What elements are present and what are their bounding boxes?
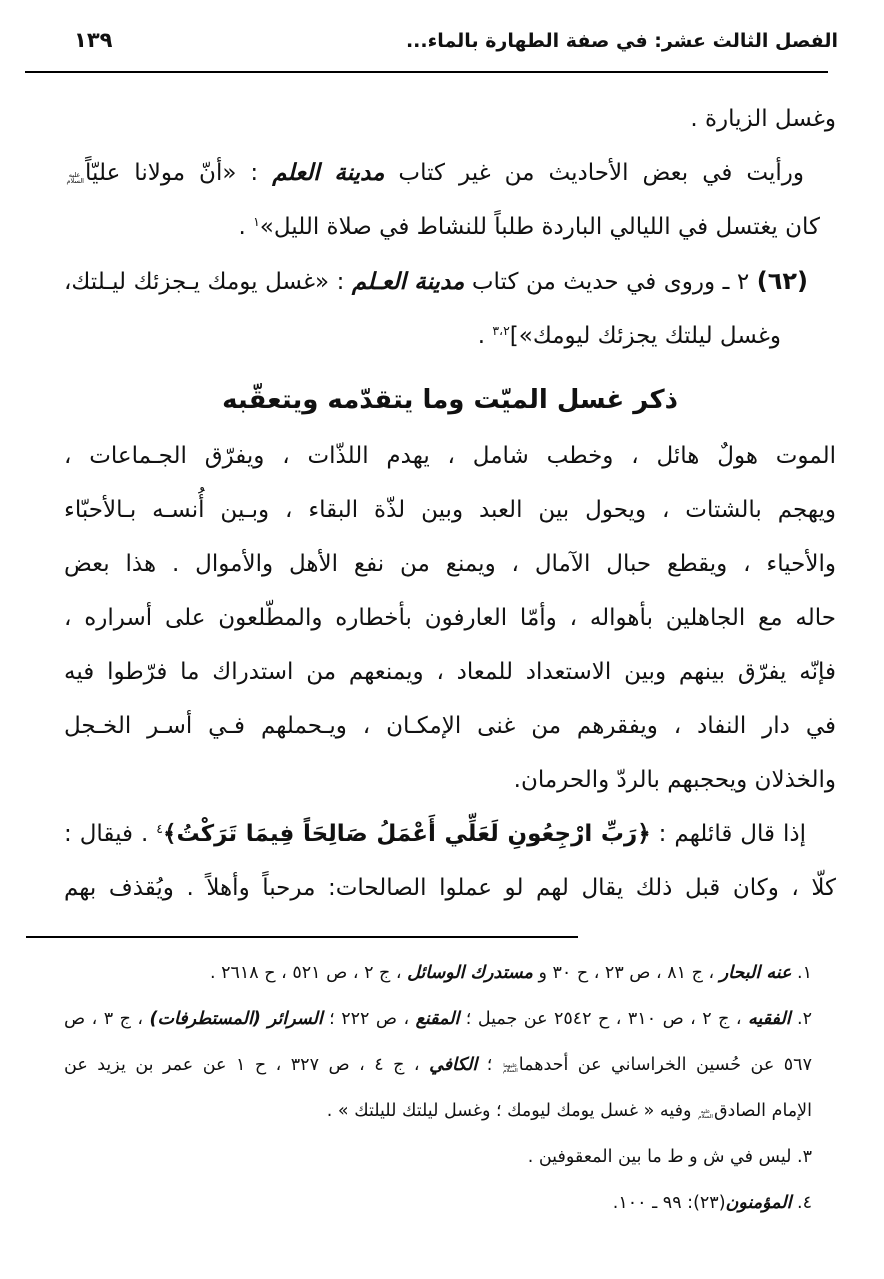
book-title: مستدرك الوسائل [407,963,533,983]
text-segment: ٣. ليس في ش و ط ما بين المعقوفين . [528,1147,812,1167]
page-body: وغسل الزيارة .ورأيت في بعض الأحاديث من غ… [64,92,836,915]
body-line: وغسل ليلتك يجزئك ليومك»]٣،٢ . [64,309,836,363]
footnote-line: ٣. ليس في ش و ط ما بين المعقوفين . [64,1134,812,1180]
text-segment: كلّا ، وكان قبل ذلك يقال لهم لو عملوا ال… [64,875,836,901]
text-segment: . [478,323,493,349]
body-line: والأحياء ، ويقطع حبال الآمال ، ويمنع من … [64,537,836,591]
body-line: الموت هولٌ هائل ، وخطب شامل ، يهدم اللذّ… [64,429,836,483]
book-title: الفقيه [748,1009,791,1029]
text-segment: ٤. [791,1193,812,1213]
text-segment: ، ج ٣ ، ص [64,1009,149,1029]
honorific-symbol: عليهما السلام [503,1064,518,1074]
quran-verse: ﴿رَبِّ ارْجِعُونِ لَعَلِّي أَعْمَلُ صَال… [163,821,651,847]
book-title: الكافي [429,1055,477,1075]
text-segment: ٢. [791,1009,812,1029]
text-segment: في دار النفاد ، ويفقرهم من غنى الإمكـان … [64,713,836,739]
footnote-separator [26,936,578,938]
text-segment: وغسل الزيارة . [690,106,836,132]
section-heading: ذكر غسل الميّت وما يتقدّمه ويتعقّبه [64,379,836,421]
text-segment: وغسل ليلتك يجزئك ليومك»] [510,323,781,349]
footnotes: ١. عنه البحار ، ج ٨١ ، ص ٢٣ ، ح ٣٠ و مست… [64,950,812,1226]
body-line: ورأيت في بعض الأحاديث من غير كتاب مدينة … [64,146,836,200]
main-paragraphs: الموت هولٌ هائل ، وخطب شامل ، يهدم اللذّ… [64,429,836,915]
book-title: السرائر (المستطرفات) [149,1009,322,1029]
book-page: الفصل الثالث عشر: في صفة الطهارة بالماء.… [0,0,884,1279]
body-line: ويهجم بالشتات ، ويحول بين العبد وبين لذّ… [64,483,836,537]
text-segment: . فيقال : [64,821,156,847]
book-title: مدينة العـلم [352,269,464,295]
text-segment: ٥٦٧ عن حُسين الخراساني عن أحدهما [519,1055,812,1075]
text-segment: فإنّه يفرّق بينهم وبين الاستعداد للمعاد … [64,659,836,685]
honorific-symbol: عليه السلام [698,1110,713,1120]
text-segment: ، ج ٤ ، ص ٣٢٧ ، ح ١ عن عمر بن يزيد عن [64,1055,429,1075]
book-title: مدينة العلم [272,160,384,186]
book-title: المؤمنون [726,1193,792,1213]
body-line: والخذلان ويحجبهم بالردّ والحرمان. [64,753,836,807]
footnote-line: ١. عنه البحار ، ج ٨١ ، ص ٢٣ ، ح ٣٠ و مست… [64,950,812,996]
footnote-line: ٥٦٧ عن حُسين الخراساني عن أحدهماعليهما ا… [64,1042,812,1088]
body-line: إذا قال قائلهم : ﴿رَبِّ ارْجِعُونِ لَعَل… [64,807,836,861]
body-line: كان يغتسل في الليالي الباردة طلباً للنشا… [64,200,836,254]
text-segment: حاله مع الجاهلين بأهواله ، وأمّا العارفو… [64,605,836,631]
text-segment: كان يغتسل في الليالي الباردة طلباً للنشا… [260,214,820,240]
body-line: حاله مع الجاهلين بأهواله ، وأمّا العارفو… [64,591,836,645]
body-line: في دار النفاد ، ويفقرهم من غنى الإمكـان … [64,699,836,753]
text-segment: ، ج ٢ ، ص ٥٢١ ، ح ٢٦١٨ . [210,963,407,983]
text-segment: الموت هولٌ هائل ، وخطب شامل ، يهدم اللذّ… [64,443,836,469]
text-segment: الإمام الصادق [714,1101,812,1121]
footnote-marker: ٣،٢ [492,323,509,338]
footnote-marker: ١ [253,214,260,229]
body-line: كلّا ، وكان قبل ذلك يقال لهم لو عملوا ال… [64,861,836,915]
page-number: ١٣٩ [74,28,112,52]
footnote-line: الإمام الصادقعليه السلام وفيه « غسل يومك… [64,1088,812,1134]
text-segment: والخذلان ويحجبهم بالردّ والحرمان. [514,767,836,793]
body-line: فإنّه يفرّق بينهم وبين الاستعداد للمعاد … [64,645,836,699]
text-segment: ، ج ٢ ، ص ٣١٠ ، ح ٢٥٤٢ عن جميل ؛ [459,1009,748,1029]
text-segment: : «غسل يومك يـجزئك ليـلتك، [64,269,352,295]
text-segment: : «أنّ مولانا عليّاً [85,160,272,186]
footnote-marker: ٤ [156,821,163,836]
header-rule [25,71,828,73]
body-line: وغسل الزيارة . [64,92,836,146]
intro-paragraphs: وغسل الزيارة .ورأيت في بعض الأحاديث من غ… [64,92,836,363]
book-title: عنه البحار [720,963,792,983]
chapter-title: الفصل الثالث عشر: في صفة الطهارة بالماء.… [406,30,838,52]
text-segment: إذا قال قائلهم : [651,821,806,847]
body-line: (٦٢) ٢ ـ وروى في حديث من كتاب مدينة العـ… [64,254,836,309]
text-segment: ويهجم بالشتات ، ويحول بين العبد وبين لذّ… [64,497,836,523]
text-segment: ١. [791,963,812,983]
text-segment: (٢٣): ٩٩ ـ ١٠٠. [613,1193,726,1213]
text-segment: ٢ ـ وروى في حديث من كتاب [464,269,756,295]
text-segment: والأحياء ، ويقطع حبال الآمال ، ويمنع من … [64,551,836,577]
text-segment: ورأيت في بعض الأحاديث من غير كتاب [384,160,804,186]
text-segment: ؛ [477,1055,502,1075]
text-segment: ، ج ٨١ ، ص ٢٣ ، ح ٣٠ و [533,963,720,983]
honorific-symbol: عليه السلام [65,172,84,184]
text-segment: . [238,214,253,240]
text-segment: ، ص ٢٢٢ ؛ [323,1009,416,1029]
footnote-line: ٢. الفقيه ، ج ٢ ، ص ٣١٠ ، ح ٢٥٤٢ عن جميل… [64,996,812,1042]
footnote-line: ٤. المؤمنون(٢٣): ٩٩ ـ ١٠٠. [64,1180,812,1226]
book-title: المقنع [416,1009,460,1029]
text-segment: (٦٢) [757,267,808,295]
text-segment: وفيه « غسل يومك ليومك ؛ وغسل ليلتك لليلت… [327,1101,697,1121]
